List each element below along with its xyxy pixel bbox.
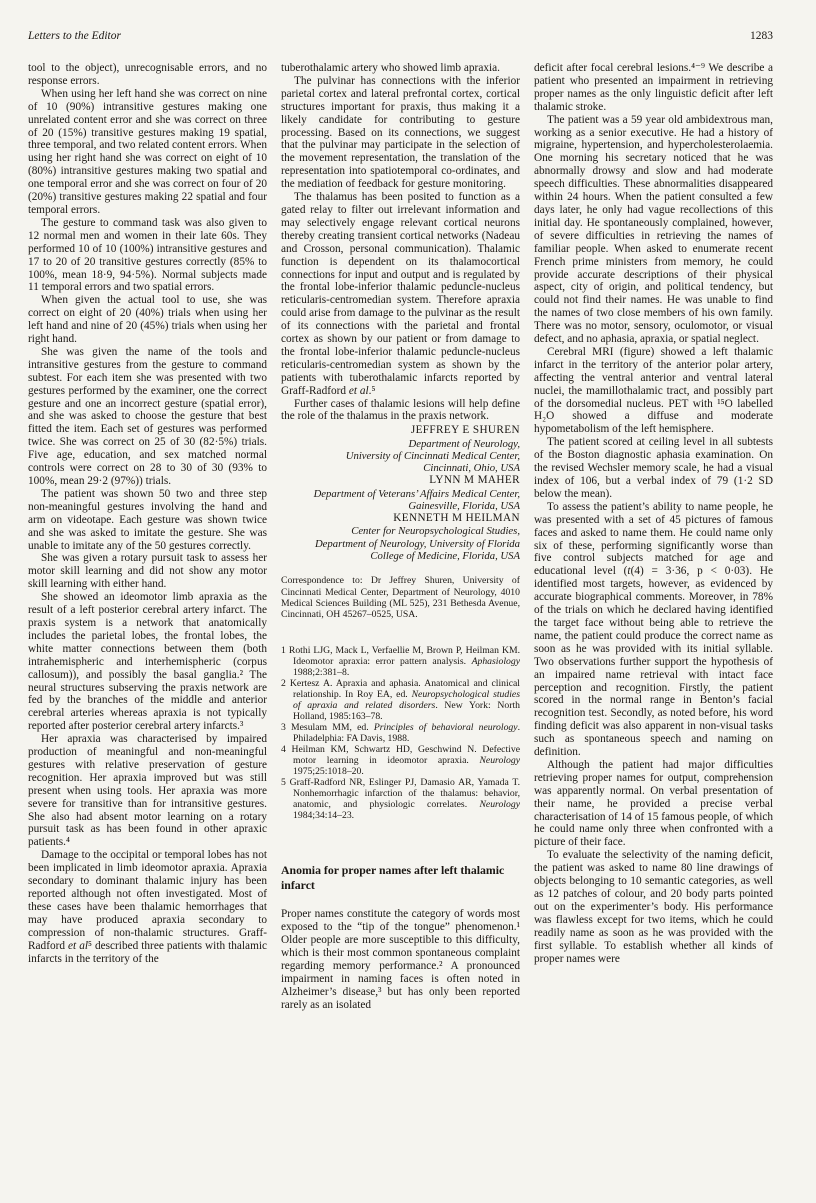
running-head: Letters to the Editor 1283	[28, 30, 773, 42]
reference-item: 4 Heilman KM, Schwartz HD, Geschwind N. …	[281, 744, 520, 777]
author-affiliation: Department of Veterans’ Affairs Medical …	[281, 488, 520, 500]
letter-title: Anomia for proper names after left thala…	[281, 863, 520, 893]
reference-item: 1 Rothi LJG, Mack L, Verfaellie M, Brown…	[281, 645, 520, 678]
author-name: KENNETH M HEILMAN	[281, 512, 520, 525]
author-affiliation: College of Medicine, Florida, USA	[281, 550, 520, 562]
signature-block: JEFFREY E SHUREN Department of Neurology…	[281, 424, 520, 562]
body-paragraph: The patient was shown 50 two and three s…	[28, 488, 267, 553]
reference-item: 5 Graff-Radford NR, Eslinger PJ, Damasio…	[281, 777, 520, 821]
author-affiliation: University of Cincinnati Medical Center,	[281, 450, 520, 462]
author-name: LYNN M MAHER	[281, 474, 520, 487]
column-3: deficit after focal cerebral lesions.⁴⁻⁹…	[534, 62, 773, 1172]
body-paragraph: The thalamus has been posited to functio…	[281, 191, 520, 398]
body-paragraph: Although the patient had major difficult…	[534, 759, 773, 849]
body-paragraph: Her apraxia was characterised by impaire…	[28, 733, 267, 849]
body-paragraph: Further cases of thalamic lesions will h…	[281, 398, 520, 424]
body-paragraph: The pulvinar has connections with the in…	[281, 75, 520, 191]
body-paragraph: She was given the name of the tools and …	[28, 346, 267, 488]
body-paragraph: Damage to the occipital or temporal lobe…	[28, 849, 267, 965]
author-affiliation: Cincinnati, Ohio, USA	[281, 462, 520, 474]
body-paragraph: deficit after focal cerebral lesions.⁴⁻⁹…	[534, 62, 773, 114]
body-paragraph: When using her left hand she was correct…	[28, 88, 267, 217]
author-name: JEFFREY E SHUREN	[281, 424, 520, 437]
correspondence-note: Correspondence to: Dr Jeffrey Shuren, Un…	[281, 575, 520, 620]
text-columns: tool to the object), unrecognisable erro…	[28, 62, 773, 1172]
running-title: Letters to the Editor	[28, 30, 121, 42]
body-paragraph: tool to the object), unrecognisable erro…	[28, 62, 267, 88]
page-number: 1283	[750, 30, 773, 42]
reference-list: 1 Rothi LJG, Mack L, Verfaellie M, Brown…	[281, 645, 520, 821]
column-2: tuberothalamic artery who showed limb ap…	[281, 62, 520, 1172]
body-paragraph: The patient was a 59 year old ambidextro…	[534, 114, 773, 346]
body-paragraph: To evaluate the selectivity of the namin…	[534, 849, 773, 965]
body-paragraph: When given the actual tool to use, she w…	[28, 294, 267, 346]
body-paragraph: Proper names constitute the category of …	[281, 908, 520, 1011]
author-affiliation: Center for Neuropsychological Studies,	[281, 525, 520, 537]
body-paragraph: To assess the patient’s ability to name …	[534, 501, 773, 759]
author-affiliation: Department of Neurology, University of F…	[281, 538, 520, 550]
body-paragraph: Cerebral MRI (figure) showed a left thal…	[534, 346, 773, 436]
reference-item: 2 Kertesz A. Apraxia and aphasia. Anatom…	[281, 678, 520, 722]
journal-page: Letters to the Editor 1283 tool to the o…	[0, 0, 816, 1203]
reference-item: 3 Mesulam MM, ed. Principles of behavior…	[281, 722, 520, 744]
author-affiliation: Gainesville, Florida, USA	[281, 500, 520, 512]
column-1: tool to the object), unrecognisable erro…	[28, 62, 267, 1172]
body-paragraph: The patient scored at ceiling level in a…	[534, 436, 773, 501]
body-paragraph: tuberothalamic artery who showed limb ap…	[281, 62, 520, 75]
body-paragraph: The gesture to command task was also giv…	[28, 217, 267, 294]
body-paragraph: She was given a rotary pursuit task to a…	[28, 552, 267, 591]
author-affiliation: Department of Neurology,	[281, 438, 520, 450]
body-paragraph: She showed an ideomotor limb apraxia as …	[28, 591, 267, 733]
